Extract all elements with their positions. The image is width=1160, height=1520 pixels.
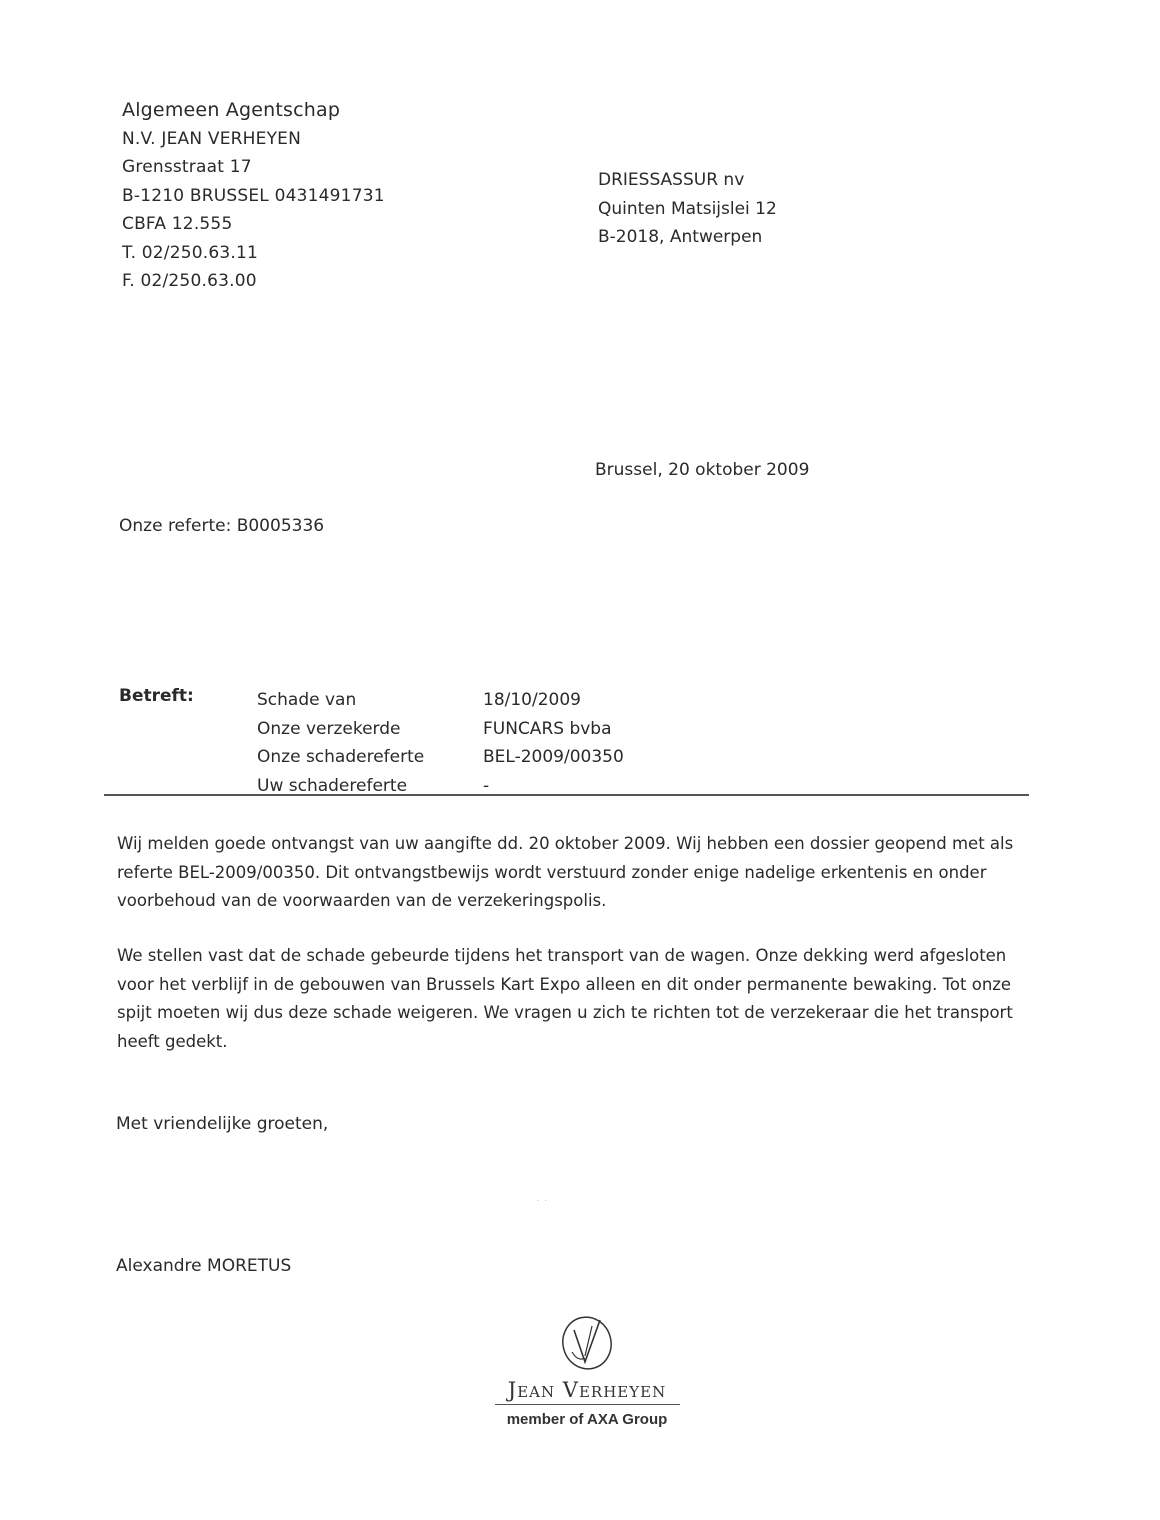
subject-row: Onze verzekerdeFUNCARS bvba xyxy=(257,715,612,744)
recipient-line: B-2018, Antwerpen xyxy=(598,223,777,252)
logo-underline xyxy=(495,1404,680,1405)
jv-monogram-icon xyxy=(552,1312,622,1374)
subject-divider xyxy=(104,794,1029,796)
sender-line: Algemeen Agentschap xyxy=(122,96,385,125)
subject-value: FUNCARS bvba xyxy=(483,715,612,744)
sender-address: Algemeen Agentschap N.V. JEAN VERHEYEN G… xyxy=(122,96,385,296)
subject-key: Schade van xyxy=(257,686,483,715)
subject-row: Onze schadereferteBEL-2009/00350 xyxy=(257,743,624,772)
recipient-address: DRIESSASSUR nv Quinten Matsijslei 12 B-2… xyxy=(598,166,777,252)
sender-line: N.V. JEAN VERHEYEN xyxy=(122,125,385,154)
logo-name: Jean Verheyen xyxy=(482,1378,692,1402)
closing-greeting: Met vriendelijke groeten, xyxy=(116,1114,328,1134)
sender-line: T. 02/250.63.11 xyxy=(122,239,385,268)
subject-value: 18/10/2009 xyxy=(483,686,581,715)
recipient-line: DRIESSASSUR nv xyxy=(598,166,777,195)
sender-line: B-1210 BRUSSEL 0431491731 xyxy=(122,182,385,211)
subject-row: Schade van18/10/2009 xyxy=(257,686,581,715)
subject-key: Onze schadereferte xyxy=(257,743,483,772)
our-reference: Onze referte: B0005336 xyxy=(119,516,324,536)
body-paragraph: We stellen vast dat de schade gebeurde t… xyxy=(117,942,1032,1056)
subject-key: Onze verzekerde xyxy=(257,715,483,744)
body-paragraph: Wij melden goede ontvangst van uw aangif… xyxy=(117,830,1032,916)
sender-line: Grensstraat 17 xyxy=(122,153,385,182)
sender-line: F. 02/250.63.00 xyxy=(122,267,385,296)
signer-name: Alexandre MORETUS xyxy=(116,1256,291,1276)
sender-line: CBFA 12.555 xyxy=(122,210,385,239)
company-logo: Jean Verheyen member of AXA Group xyxy=(482,1312,692,1428)
scan-specks: . . xyxy=(537,1196,549,1203)
subject-value: BEL-2009/00350 xyxy=(483,743,624,772)
logo-tagline: member of AXA Group xyxy=(482,1411,692,1428)
subject-label: Betreft: xyxy=(119,686,194,706)
letter-date: Brussel, 20 oktober 2009 xyxy=(595,460,809,480)
recipient-line: Quinten Matsijslei 12 xyxy=(598,195,777,224)
